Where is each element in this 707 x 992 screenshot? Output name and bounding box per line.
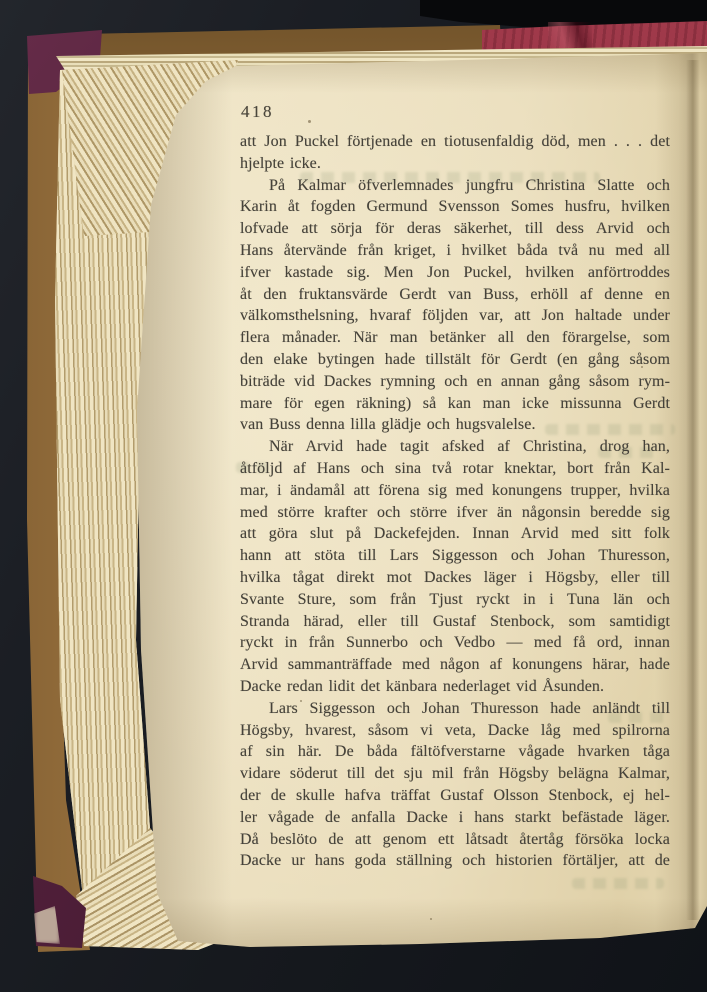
text-line: åtföljd af Hans och sina två rotar knekt… xyxy=(240,458,670,480)
page-right-crease xyxy=(686,60,700,920)
text-line: Lars Siggesson och Johan Thuresson hade … xyxy=(240,698,670,720)
text-line: Då beslöto de att genom ett låtsadt åter… xyxy=(240,829,670,851)
text-line: vidare söderut till det sju mil från Hög… xyxy=(240,763,670,785)
text-line: Stranda härad, eller till Gustaf Stenboc… xyxy=(240,611,670,633)
text-line: Högsby, hvarest, såsom vi veta, Dacke lå… xyxy=(240,720,670,742)
text-line: hvilka tågat direkt mot Dackes läger i H… xyxy=(240,567,670,589)
text-line: biträde vid Dackes rymning och en annan … xyxy=(240,371,670,393)
text-line: ler vågade de anfalla Dacke i hans stark… xyxy=(240,807,670,829)
page-shading-bottom xyxy=(150,898,707,948)
text-line: med större krafter och större ifver än n… xyxy=(240,502,670,524)
text-line: mar, i ändamål att förena sig med konung… xyxy=(240,480,670,502)
text-line: van Buss denna lilla glädje och hugsvale… xyxy=(240,414,670,436)
text-line: den elake bytingen hade tillstält för Ge… xyxy=(240,349,670,371)
text-line: lofvade att sörja för deras säkerhet, ti… xyxy=(240,218,670,240)
text-line: der de skulle hafva träffat Gustaf Olsso… xyxy=(240,785,670,807)
text-line: Hans återvände från kriget, i hvilket bå… xyxy=(240,240,670,262)
text-line: Arvid sammanträffade med någon af konung… xyxy=(240,654,670,676)
text-line: hjelpte icke. xyxy=(240,153,670,175)
text-line: mare för egen räkning) så kan man icke m… xyxy=(240,393,670,415)
text-block: att Jon Puckel förtjenade en tiotusenfal… xyxy=(240,131,670,872)
text-line: Svante Sture, som från Tjust ryckt in i … xyxy=(240,589,670,611)
page-number: 418 xyxy=(241,102,274,122)
text-line: att göra slut på Dackefejden. Innan Arvi… xyxy=(240,523,670,545)
text-line: Dacke redan lidit det känbara nederlaget… xyxy=(240,676,670,698)
text-line: hann att stöta till Lars Siggesson och J… xyxy=(240,545,670,567)
text-line: åt den fruktansvärde Gerdt van Buss, erh… xyxy=(240,284,670,306)
text-line: Dacke ur hans goda ställning och histori… xyxy=(240,850,670,872)
ink-speck xyxy=(308,120,311,123)
text-line: af sin här. De båda fältöfverstarne våga… xyxy=(240,741,670,763)
photo-backdrop: 418 att Jon Puckel förtjenade en tiotuse… xyxy=(0,0,707,992)
ink-speck xyxy=(430,918,432,920)
text-line: att Jon Puckel förtjenade en tiotusenfal… xyxy=(240,131,670,153)
text-line: flera månader. När man betänker all den … xyxy=(240,327,670,349)
text-line: ryckt in från Sunnerbo och Vedbo — med f… xyxy=(240,632,670,654)
text-line: På Kalmar öfverlemnades jungfru Christin… xyxy=(240,175,670,197)
ghost-text-artifact xyxy=(572,878,664,889)
text-line: ifver kastade sig. Men Jon Puckel, hvilk… xyxy=(240,262,670,284)
text-line: När Arvid hade tagit afsked af Christina… xyxy=(240,436,670,458)
text-line: välkomsthelsning, hvaraf följden var, at… xyxy=(240,305,670,327)
text-line: Karin åt fogden Germund Svensson Somes h… xyxy=(240,196,670,218)
